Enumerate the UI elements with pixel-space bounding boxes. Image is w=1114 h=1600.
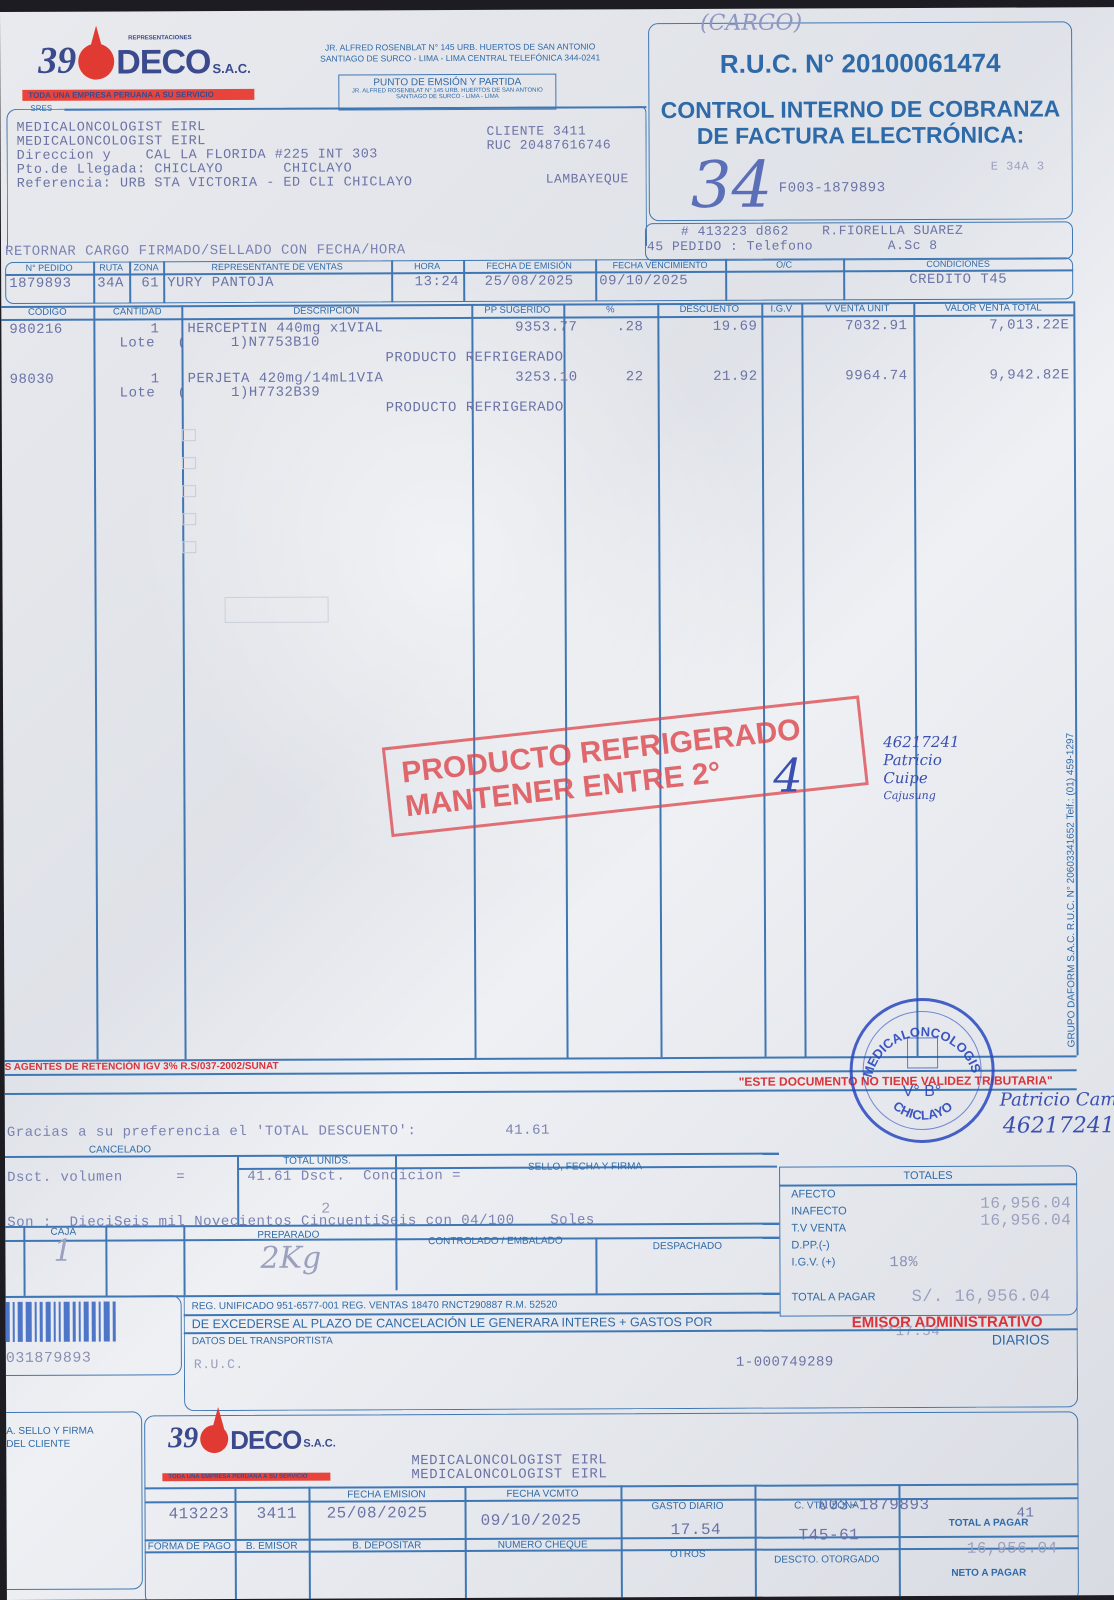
column-header: CÓDIGO — [1, 307, 93, 318]
stub-total-pagar: 16,956.04 — [967, 1539, 1058, 1557]
cell-v-venta-unit: 9964.74 — [802, 368, 908, 384]
client-ruc: RUC 20487616746 — [487, 138, 612, 153]
order-header-value: YURY PANTOJA — [167, 274, 387, 291]
cell-porcentaje: .28 — [563, 319, 643, 335]
lote-value: ( 1)N7753B10 — [177, 335, 319, 352]
invoice-code: E 34A 3 — [991, 159, 1045, 173]
stub-fecha-vcmto: 09/10/2025 — [481, 1511, 582, 1529]
order-header-label: CONDICIONES — [843, 258, 1073, 269]
lote-label: Lote — [119, 335, 155, 351]
company-seal: MEDICALONCOLOGIST E.I.R.L. CHICLAYO V° B… — [849, 998, 995, 1144]
seal-text-icon: MEDICALONCOLOGIST E.I.R.L. CHICLAYO — [849, 998, 995, 1144]
cell-valor-venta-total: 9,942.82E — [914, 367, 1070, 384]
stub-customer: MEDICALONCOLOGIST EIRL MEDICALONCOLOGIST… — [411, 1453, 607, 1482]
totals-value: 18% — [889, 1254, 918, 1271]
invoice-paper: 39 DECO S.A.C. REPRESENTACIONES TODA UNA… — [0, 7, 1114, 1600]
order-header-value: 61 — [133, 275, 159, 291]
signature: Patricio Cam — [1000, 1089, 1114, 1111]
order-header-value: 25/08/2025 — [467, 273, 591, 290]
issuer-address: JR. ALFRED ROSENBLAT N° 145 URB. HUERTOS… — [290, 41, 630, 64]
order-header-label: RUTA — [93, 262, 129, 272]
order-header-label: FECHA VENCIMIENTO — [595, 260, 725, 271]
cell-pp-sugerido: 3253.10 — [472, 369, 578, 385]
totals-header: TOTALES — [779, 1169, 1077, 1182]
order-header-label: FECHA DE EMISIÓN — [463, 260, 595, 271]
handwritten-receiver: 46217241 Patricio Cuipe Cajusung — [883, 733, 960, 805]
totals-label: AFECTO — [791, 1188, 835, 1200]
controlado-label: CONTROLADO / EMBALADO — [395, 1235, 595, 1247]
order-header-value: CREDITO T45 — [847, 271, 1069, 288]
invoice-number: F003-1879893 — [779, 180, 886, 196]
svg-text:CHICLAYO: CHICLAYO — [890, 1098, 955, 1123]
cell-valor-venta-total: 7,013.22E — [913, 317, 1069, 334]
company-logo: 39 DECO S.A.C. — [38, 41, 251, 80]
handwritten-check: 4 — [773, 749, 803, 803]
logo-small-top: REPRESENTACIONES — [128, 35, 192, 41]
total-units-label: TOTAL UNIDS. — [237, 1155, 397, 1167]
forma-pago-value: 413223 — [169, 1505, 230, 1523]
order-ref: # 413223 d862 R.FIORELLA SUAREZ 45 PEDID… — [681, 222, 1071, 254]
control-title: CONTROL INTERNO DE COBRANZA DE FACTURA E… — [648, 95, 1072, 149]
totals-rows: AFECTOINAFECTO16,956.04T.V VENTA16,956.0… — [0, 7, 1114, 12]
handwritten-number: 34 — [691, 149, 773, 223]
stub-gasto-diario: 17.54 — [671, 1521, 722, 1539]
stub-logo: 39 DECO S.A.C. — [168, 1423, 336, 1454]
column-header: I.G.V — [761, 304, 801, 315]
column-header: DESCRIPCIÓN — [181, 305, 471, 317]
b-emisor-value: 3411 — [257, 1505, 297, 1523]
cell-porcentaje: 22 — [564, 369, 644, 385]
order-header-value: 13:24 — [395, 274, 459, 290]
emission-point-box: PUNTO DE EMSIÓN Y PARTIDA JR. ALFRED ROS… — [338, 74, 556, 111]
order-header-value: 34A — [97, 275, 125, 291]
refrigerated-note: PRODUCTO REFRIGERADO — [386, 400, 564, 417]
totals-label: T.V VENTA — [791, 1222, 846, 1234]
stub-fecha-emision: 25/08/2025 — [327, 1504, 428, 1522]
items-rows: 98021619353.77.2819.697032.917,013.22EHE… — [0, 7, 1114, 12]
order-header-label: O/C — [725, 259, 843, 270]
cell-v-venta-unit: 7032.91 — [801, 318, 907, 334]
company-slogan: TODA UNA EMPRESA PERUANA A SU SERVICIO — [22, 89, 254, 101]
sello-fecha-label: SELLO, FECHA Y FIRMA — [395, 1161, 775, 1174]
total-units-value: 2 — [321, 1201, 331, 1218]
totals-value: 16,956.04 — [905, 1211, 1071, 1230]
customer-details: MEDICALONCOLOGIST EIRL MEDICALONCOLOGIST… — [16, 120, 412, 192]
customer-region: LAMBAYEQUE — [546, 171, 629, 186]
cell-descuento: 19.69 — [657, 319, 757, 335]
cell-pp-sugerido: 9353.77 — [471, 319, 577, 335]
ruc-title: R.U.C. N° 20100061474 — [648, 47, 1072, 80]
refrigerated-note: PRODUCTO REFRIGERADO — [385, 350, 563, 367]
order-header-label: N° PEDIDO — [5, 263, 93, 273]
stub-c-vta-zona: T45-61 — [799, 1526, 860, 1544]
column-header: % — [563, 304, 657, 315]
caja-value: 1 — [53, 1234, 72, 1269]
customer-id-block: CLIENTE 3411 RUC 20487616746 — [486, 124, 611, 153]
column-header: CANTIDAD — [93, 306, 181, 317]
signature-id: 46217241 — [1003, 1113, 1114, 1138]
printer-info: GRUPO DAFORM S.A.C. R.U.C. N° 2060334165… — [1065, 733, 1077, 1048]
client-sign-label: A. SELLO Y FIRMA DEL CLIENTE — [6, 1425, 94, 1451]
cell-descuento: 21.92 — [658, 369, 758, 385]
lote-value: ( 1)H7732B39 — [178, 385, 320, 402]
totals-label: D.PP.(-) — [791, 1239, 829, 1251]
lote-label: Lote — [120, 385, 156, 401]
order-header-value: 1879893 — [9, 276, 89, 292]
totals-label: I.G.V. (+) — [791, 1256, 835, 1268]
totals-label: INAFECTO — [791, 1205, 846, 1217]
return-note: RETORNAR CARGO FIRMADO/SELLADO CON FECHA… — [5, 242, 406, 260]
preparado-label: PREPARADO — [183, 1229, 393, 1241]
order-header-value: 09/10/2025 — [599, 273, 721, 290]
column-header: PP SUGERIDO — [471, 305, 563, 316]
column-header: VALOR VENTA TOTAL — [913, 302, 1073, 314]
retention-notice: S AGENTES DE RETENCIÓN IGV 3% R.S/037-20… — [5, 1061, 279, 1073]
column-header: V VENTA UNIT — [801, 303, 913, 314]
cell-codigo: 980216 — [9, 322, 93, 338]
customer-reference: URB STA VICTORIA - ED CLI CHICLAYO — [120, 175, 413, 191]
cancelado-label: CANCELADO — [45, 1144, 195, 1156]
despachado-label: DESPACHADO — [595, 1241, 779, 1253]
column-header: DESCUENTO — [657, 304, 761, 315]
drop-logo-icon — [200, 1425, 228, 1453]
order-header-label: REPRESENTANTE DE VENTAS — [163, 261, 391, 272]
totals-value: 16,956.04 — [905, 1194, 1071, 1213]
order-header-label: ZONA — [129, 262, 163, 272]
items-table: CÓDIGOCANTIDADDESCRIPCIÓNPP SUGERIDO%DES… — [0, 7, 1114, 12]
handwritten-cargo: (CARGO) — [700, 11, 802, 36]
preparado-value: 2Kg — [260, 1241, 321, 1276]
drop-logo-icon — [78, 44, 114, 80]
order-header-cells: N° PEDIDO1879893RUTA34AZONA61REPRESENTAN… — [0, 7, 1114, 12]
order-header-label: HORA — [391, 261, 463, 271]
cell-codigo: 98030 — [10, 372, 94, 388]
